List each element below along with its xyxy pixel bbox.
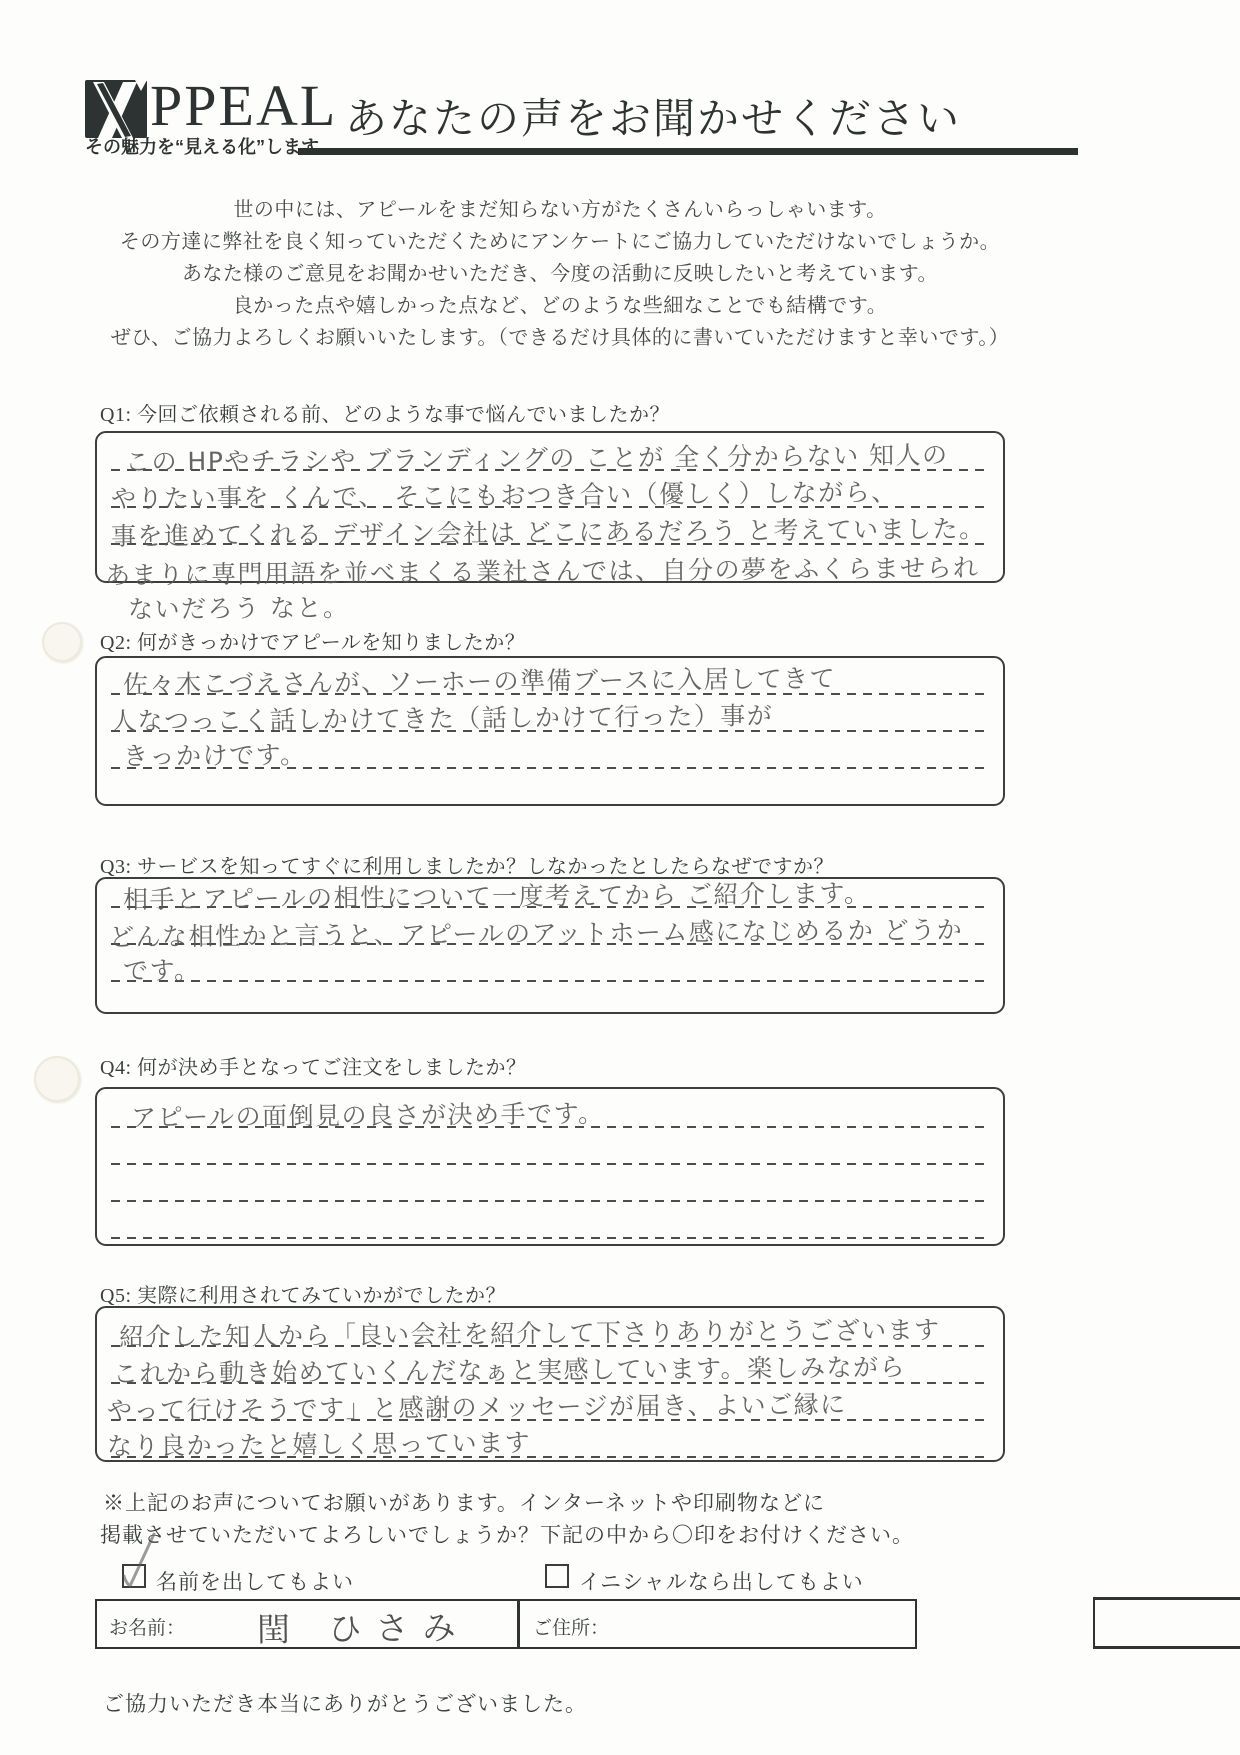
checkbox-name-ok-label: 名前を出してもよい <box>156 1566 354 1596</box>
question-label-q5: Q5: 実際に利用されてみていかがでしたか？ <box>100 1279 506 1308</box>
logo-wordmark: PPEAL <box>150 72 337 139</box>
footer-thanks-text: ご協力いただき本当にありがとうございました。 <box>103 1688 587 1718</box>
consent-note-line1: ※上記のお声についてお願いがあります。インターネットや印刷物などに <box>103 1487 825 1517</box>
logo-tagline: その魅力を“見える化”します <box>85 133 319 159</box>
consent-note-line2: 掲載させていただいてよろしいでしょうか？下記の中から〇印をお付けください。 <box>100 1519 914 1549</box>
handwritten-line-overflow: ないだろう なと。 <box>128 588 350 626</box>
intro-line: 良かった点や嬉しかった点など、どのような些細なことでも結構です。 <box>85 290 1035 322</box>
answer-area-q1[interactable]: この HPやチラシや ブランディングの ことが 全く分からない 知人の やりたい… <box>95 431 1005 583</box>
answer-area-q5[interactable]: 紹介した知人から「良い会社を紹介して下さりありがとうございます これから動き始め… <box>95 1306 1005 1462</box>
page-title: あなたの声をお聞かせください <box>345 86 961 146</box>
answer-area-q2[interactable]: 佐々木こづえさんが、ソーホーの準備ブースに入居してきて 人なつっこく話しかけてき… <box>95 656 1005 806</box>
table-divider <box>517 1601 520 1647</box>
handwritten-name[interactable]: 閏 ひさみ <box>257 1602 470 1651</box>
intro-line: ぜひ、ご協力よろしくお願いいたします。（できるだけ具体的に書いていただけますと幸… <box>85 322 1035 354</box>
handwritten-line: 相手とアピールの相性について一度考えてから ご紹介します。 <box>123 874 871 917</box>
checkbox-initials-ok-label: イニシャルなら出してもよい <box>579 1566 864 1596</box>
scanned-survey-page: PPEAL その魅力を“見える化”します あなたの声をお聞かせください 世の中に… <box>0 0 1240 1755</box>
intro-paragraph: 世の中には、アピールをまだ知らない方がたくさんいらっしゃいます。 その方達に弊社… <box>85 194 1035 354</box>
handwritten-line: この HPやチラシや ブランディングの ことが 全く分からない 知人の <box>125 435 949 478</box>
handwritten-line: やりたい事を くんで、 そこにもおつき合い（優しく）しながら、 <box>111 473 898 516</box>
handwritten-line: 事を進めてくれる デザイン会社は どこにあるだろう と考えていました。 <box>111 509 986 553</box>
intro-line: 世の中には、アピールをまだ知らない方がたくさんいらっしゃいます。 <box>85 194 1035 226</box>
address-field-label: ご住所： <box>533 1613 609 1640</box>
handwritten-line: やって行けそうです」と感謝のメッセージが届き、よいご縁に <box>107 1385 847 1427</box>
handwritten-line: 佐々木こづえさんが、ソーホーの準備ブースに入居してきて <box>123 659 836 701</box>
punch-hole-mark <box>34 1056 80 1102</box>
handwritten-line: 人なつっこく話しかけてきた（話しかけて行った）事が <box>111 696 774 738</box>
guide-line <box>111 1200 989 1202</box>
header-underline <box>298 148 1078 155</box>
punch-hole-mark <box>42 622 82 662</box>
handwritten-line: アピールの面倒見の良さが決め手です。 <box>131 1094 605 1134</box>
handwritten-line: きっかけです。 <box>123 735 307 773</box>
handwritten-line: あまりに専門用語を並べまくる業社さんでは、自分の夢をふくらませられ <box>105 548 980 592</box>
guide-line <box>111 1163 989 1165</box>
handwritten-line: これから動き始めていくんだなぁと実感しています。楽しみながら <box>113 1348 906 1391</box>
answer-area-q3[interactable]: 相手とアピールの相性について一度考えてから ご紹介します。 どんな相性かと言うと… <box>95 877 1005 1014</box>
guide-line <box>111 980 989 982</box>
handwritten-line: なり良かったと嬉しく思っています <box>107 1423 531 1463</box>
question-label-q1: Q1: 今回ご依頼される前、どのような事で悩んでいましたか？ <box>100 398 670 427</box>
checkbox-name-ok[interactable] <box>122 1564 146 1588</box>
answer-area-q4[interactable]: アピールの面倒見の良さが決め手です。 <box>95 1087 1005 1246</box>
guide-line <box>111 1237 989 1239</box>
name-field-label: お名前： <box>109 1613 185 1640</box>
right-edge-box <box>1093 1597 1240 1649</box>
question-label-q2: Q2: 何がきっかけでアピールを知りましたか？ <box>100 626 525 655</box>
handwritten-line: 紹介した知人から「良い会社を紹介して下さりありがとうございます <box>119 1310 941 1353</box>
checkbox-initials-ok[interactable] <box>545 1564 569 1588</box>
handwritten-line: です。 <box>123 951 201 988</box>
question-label-q4: Q4: 何が決め手となってご注文をしましたか？ <box>100 1051 527 1080</box>
intro-line: その方達に弊社を良く知っていただくためにアンケートにご協力していただけないでしょ… <box>85 226 1035 258</box>
signature-table: お名前： 閏 ひさみ ご住所： <box>95 1599 917 1649</box>
handwritten-line: どんな相性かと言うと、アピールのアットホーム感になじめるか どうか <box>109 910 963 953</box>
intro-line: あなた様のご意見をお聞かせいただき、今度の活動に反映したいと考えています。 <box>85 258 1035 290</box>
